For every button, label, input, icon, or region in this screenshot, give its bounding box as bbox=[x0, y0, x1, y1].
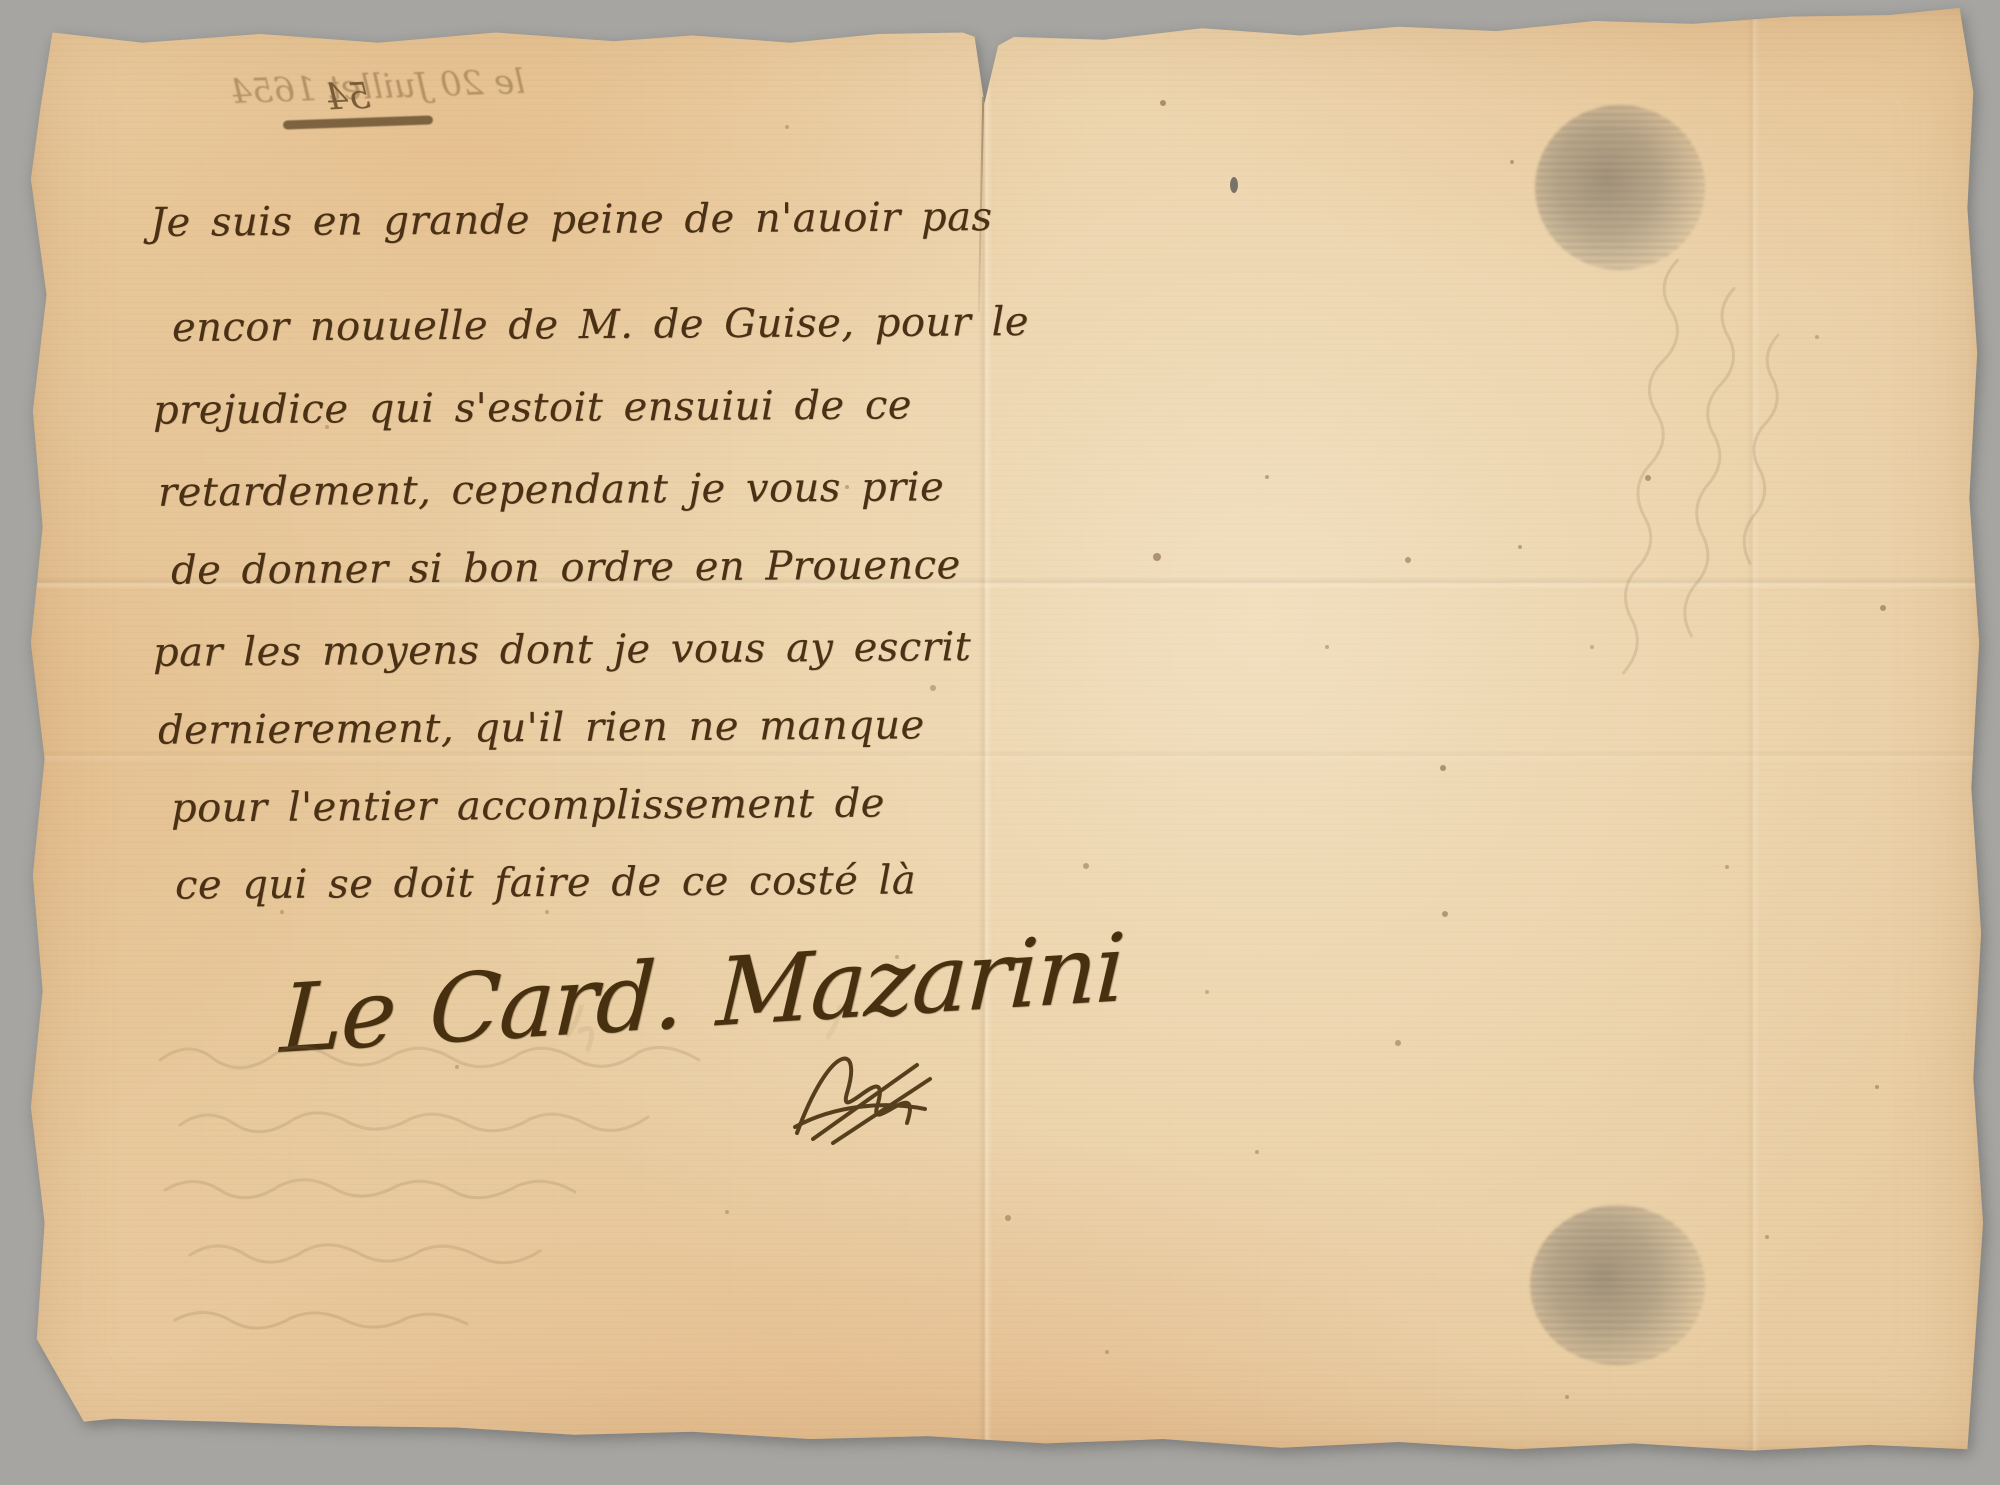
letter-paper: le 20 Juillet 1654 54 Je suis en grande … bbox=[25, 5, 1987, 1455]
paper-speck bbox=[1230, 177, 1238, 193]
foxing-spot bbox=[930, 685, 936, 691]
foxing-spot bbox=[1518, 545, 1522, 549]
letter-line: encor nouuelle de M. de Guise, pour le bbox=[172, 299, 1029, 351]
foxing-spot bbox=[455, 1065, 459, 1069]
foxing-spot bbox=[1405, 557, 1411, 563]
bleedthrough-writing-right bbox=[1585, 245, 1805, 745]
foxing-spot bbox=[1645, 475, 1651, 481]
foxing-spot bbox=[1105, 1350, 1109, 1354]
foxing-spot bbox=[1442, 911, 1448, 917]
letter-line: de donner si bon ordre en Prouence bbox=[171, 542, 961, 594]
foxing-spot bbox=[895, 955, 899, 959]
foxing-spot bbox=[1395, 1040, 1401, 1046]
foxing-spot bbox=[1815, 335, 1819, 339]
letter-line: retardement, cependant je vous prie bbox=[158, 464, 945, 515]
foxing-spot bbox=[1725, 865, 1729, 869]
letter-line: prejudice qui s'estoit ensuiui de ce bbox=[153, 382, 912, 433]
foxing-spot bbox=[545, 910, 549, 914]
foxing-spot bbox=[665, 560, 669, 564]
foxing-spot bbox=[845, 485, 849, 489]
foxing-spot bbox=[1325, 645, 1329, 649]
date-underline-mark bbox=[283, 115, 433, 129]
foxing-spot bbox=[1265, 475, 1269, 479]
foxing-spot bbox=[1160, 100, 1166, 106]
foxing-spot bbox=[1875, 1085, 1879, 1089]
bleedthrough-writing-bottom bbox=[120, 1005, 1020, 1405]
letter-line: Je suis en grande peine de n'auoir pas bbox=[150, 194, 993, 246]
foxing-spot bbox=[1440, 765, 1446, 771]
foxing-spot bbox=[325, 425, 329, 429]
date-annotation-text: le 20 Juillet 1654 bbox=[229, 62, 525, 112]
letter-line: par les moyens dont je vous ay escrit bbox=[153, 624, 972, 676]
foxing-spot bbox=[280, 910, 284, 914]
seal-stain-bottom-right bbox=[1530, 1205, 1705, 1365]
foxing-spot bbox=[785, 125, 789, 129]
letter-line: dernierement, qu'il rien ne manque bbox=[158, 702, 925, 753]
foxing-spot bbox=[1255, 1150, 1259, 1154]
foxing-spot bbox=[725, 1210, 729, 1214]
foxing-spot bbox=[495, 210, 499, 214]
date-annotation-year: 54 bbox=[324, 76, 372, 119]
foxing-spot bbox=[1880, 605, 1886, 611]
foxing-spot bbox=[1590, 645, 1594, 649]
foxing-spot bbox=[1005, 1215, 1011, 1221]
foxing-spot bbox=[1153, 553, 1161, 561]
scanned-letter-view: le 20 Juillet 1654 54 Je suis en grande … bbox=[0, 0, 2000, 1485]
date-annotation: le 20 Juillet 1654 bbox=[230, 67, 650, 107]
foxing-spot bbox=[1205, 990, 1209, 994]
letter-line: ce qui se doit faire de ce costé là bbox=[175, 857, 917, 908]
foxing-spot bbox=[1565, 1395, 1569, 1399]
foxing-spot bbox=[1083, 863, 1089, 869]
foxing-spot bbox=[1510, 160, 1514, 164]
paper-shadow-wrap: le 20 Juillet 1654 54 Je suis en grande … bbox=[0, 0, 2000, 1485]
letter-line: pour l'entier accomplissement de bbox=[171, 781, 885, 832]
foxing-spot bbox=[1765, 1235, 1769, 1239]
